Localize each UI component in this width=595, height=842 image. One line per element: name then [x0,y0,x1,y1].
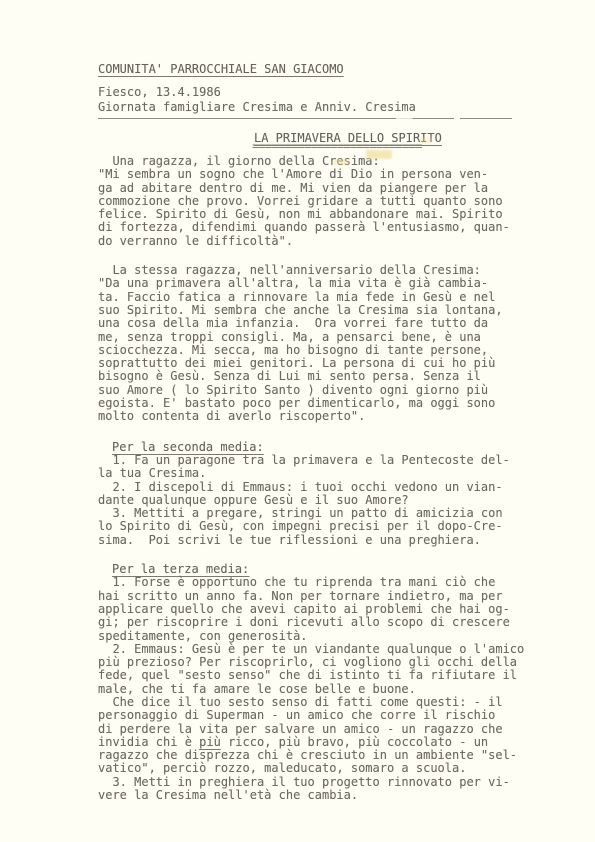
section-body-terza-media: 1. Forse è opportuno che tu riprenda tra… [98,576,536,802]
header-organization: COMUNITA' PARROCCHIALE SAN GIACOMO [98,62,536,76]
section-heading-seconda-media: Per la seconda media: [98,441,536,454]
yellow-correction-mark [366,150,392,159]
paragraph-anniversary: La stessa ragazza, nell'anniversario del… [98,264,536,424]
document-content: COMUNITA' PARROCCHIALE SAN GIACOMO Fiesc… [98,56,536,802]
yellow-smudge-small [333,159,349,165]
girl-quote-text: "Mi sembra un sogno che l'Amore di Dio i… [98,167,510,247]
terza-emphasized-word: più [199,735,221,749]
section-body-seconda-media: 1. Fa un paragone tra la primavera e la … [98,454,536,547]
section-heading-seconda-media-text: Per la seconda media: [112,440,264,454]
paragraph-cresima-day: Una ragazza, il giorno della Cresima: "M… [98,155,536,248]
section-heading-terza-media-text: Per la terza media: [112,562,249,576]
title-double-underline: ========================== [252,141,536,151]
header-event-line: Giornata famigliare Cresima e Anniv. Cre… [98,100,536,114]
scanned-document-page: COMUNITA' PARROCCHIALE SAN GIACOMO Fiesc… [0,0,595,842]
terza-body-part1: 1. Forse è opportuno che tu riprenda tra… [98,575,524,749]
header-organization-text: COMUNITA' PARROCCHIALE SAN GIACOMO [98,62,344,76]
header-place-date: Fiesco, 13.4.1986 [98,85,536,99]
yellow-smudge-title [420,137,432,144]
divider-line [98,118,512,120]
section-heading-terza-media: Per la terza media: [98,563,536,576]
